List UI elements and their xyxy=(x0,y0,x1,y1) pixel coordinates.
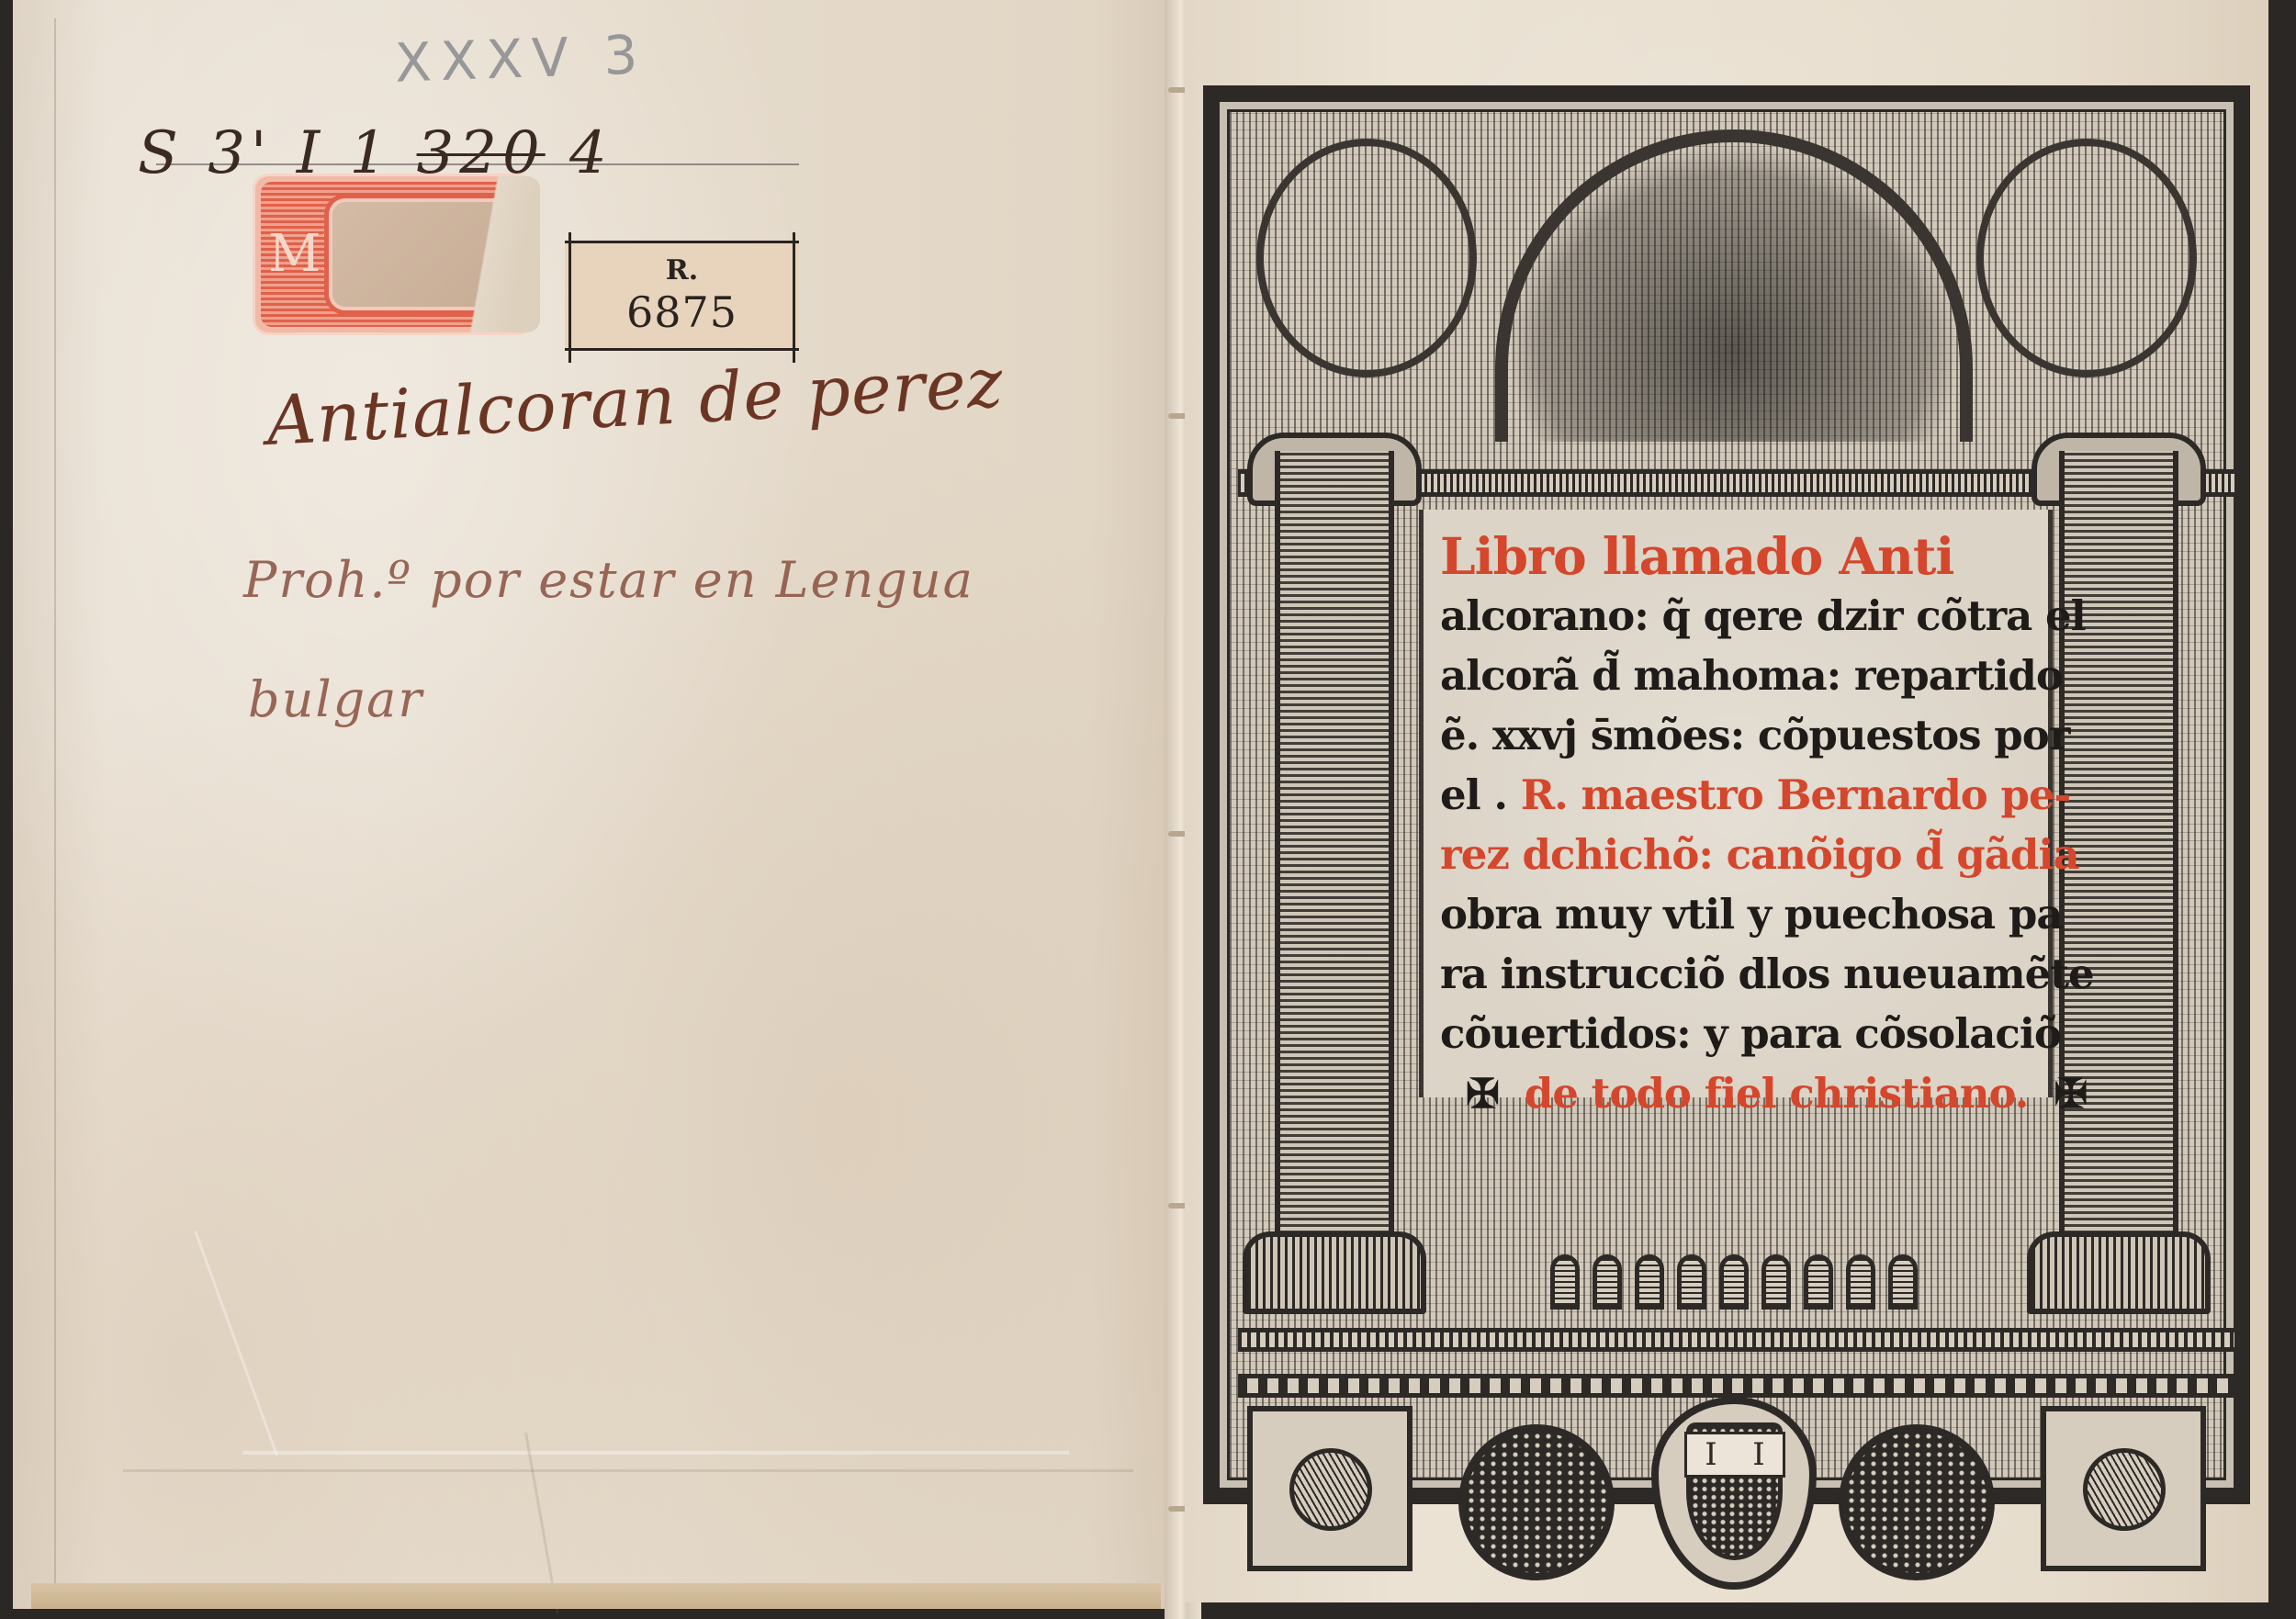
title-line-3: alcorã d̃ mahoma: repartido xyxy=(1440,646,2035,705)
paper-crease xyxy=(194,1231,278,1456)
arch-window-icon xyxy=(1719,1254,1749,1310)
title-line-7: obra muy vtil y puechosa pa xyxy=(1440,884,2035,944)
call-number-prefix: R. xyxy=(565,254,799,287)
arch-window-icon xyxy=(1593,1254,1622,1310)
arch-window-icon xyxy=(1635,1254,1664,1310)
author-title: rez dchichõ: canõigo d̃ gãdia xyxy=(1440,830,2079,879)
torn-corner xyxy=(467,176,540,332)
cherub-icon xyxy=(1289,1448,1372,1531)
paper-crease xyxy=(242,1451,1069,1455)
cherub-plinth xyxy=(1247,1406,1412,1571)
sea-serpent-icon xyxy=(1839,1424,1995,1580)
bookplate-label: MB xyxy=(255,176,531,332)
column-base xyxy=(2027,1231,2211,1314)
arch-window-icon xyxy=(1550,1254,1580,1310)
sea-serpent-icon xyxy=(1458,1424,1615,1580)
woodcut-ledge xyxy=(1238,1374,2234,1398)
cross-pattee-icon: ✠ xyxy=(1440,1071,1525,1118)
title-line-1: Libro llamado Anti xyxy=(1440,526,2035,586)
vine-ornament-icon xyxy=(1256,139,1477,377)
arch-window-icon xyxy=(1888,1254,1918,1310)
title-line-9: cõuertidos: y para cõsolaciõ xyxy=(1440,1004,2035,1063)
arch-window-icon xyxy=(1846,1254,1875,1310)
title-line-10: ✠de todo fiel christiano.✠ xyxy=(1440,1063,2035,1124)
title-line-2: alcorano: q̃ qere dzir cõtra el xyxy=(1440,586,2035,646)
woodcut-ledge xyxy=(1238,1328,2234,1352)
title-text: Libro llamado Anti xyxy=(1440,526,1953,586)
printer-initial: I xyxy=(1705,1436,1716,1473)
left-column xyxy=(1275,451,1394,1259)
author-name: R. maestro Bernardo pe- xyxy=(1521,770,2071,819)
title-line-8: ra instrucciõ dlos nueuamẽte xyxy=(1440,944,2035,1004)
printer-initial: I xyxy=(1752,1436,1764,1473)
title-text: cõuertidos: y para cõsolaciõ xyxy=(1440,1009,2061,1058)
call-number-label: R. 6875 xyxy=(565,241,799,351)
cross-pattee-icon: ✠ xyxy=(2028,1071,2112,1118)
page-bottom-edge xyxy=(31,1583,1161,1609)
arch-window-icon xyxy=(1804,1254,1833,1310)
title-line-6: rez dchichõ: canõigo d̃ gãdia xyxy=(1440,825,2035,884)
title-text: ẽ. xxvj s̄mões: cõpuestos por xyxy=(1440,711,2069,759)
vine-ornament-icon xyxy=(1976,139,2197,377)
pencil-shelfmark: XXXV 3 xyxy=(394,23,647,95)
cherub-plinth xyxy=(2041,1406,2206,1571)
title-text: obra muy vtil y puechosa pa xyxy=(1440,890,2063,939)
monogram-icon: MB xyxy=(268,213,323,296)
title-text: el . xyxy=(1440,770,1521,819)
title-text: ra instrucciõ dlos nueuamẽte xyxy=(1440,950,2094,998)
call-number: 6875 xyxy=(565,287,799,337)
cherub-icon xyxy=(2083,1448,2166,1531)
title-text: alcorã d̃ mahoma: repartido xyxy=(1440,651,2063,700)
paper-crease xyxy=(123,1469,1133,1472)
arch-window-icon xyxy=(1761,1254,1791,1310)
title-text: alcorano: q̃ qere dzir cõtra el xyxy=(1440,591,2086,640)
title-text: de todo fiel christiano. xyxy=(1525,1069,2028,1118)
title-text-block: Libro llamado Anti alcorano: q̃ qere dzi… xyxy=(1419,510,2053,1097)
title-line-4: ẽ. xxvj s̄mões: cõpuestos por xyxy=(1440,705,2035,765)
column-base xyxy=(1243,1231,1426,1314)
page-fold-line xyxy=(54,18,56,1598)
shelfmark-suffix: 4 xyxy=(569,119,613,187)
arcade-windows xyxy=(1523,1254,1945,1319)
handwritten-note: bulgar xyxy=(248,670,423,728)
title-line-5: el . R. maestro Bernardo pe- xyxy=(1440,765,2035,825)
arch-window-icon xyxy=(1677,1254,1706,1310)
printer-initials-banner: I I xyxy=(1684,1432,1785,1478)
book-spread: XXXV 3 S 3' I 1 320 4 MB R. 6875 Antialc… xyxy=(0,0,2296,1619)
handwritten-note: Proh.º por estar en Lengua xyxy=(243,551,974,609)
